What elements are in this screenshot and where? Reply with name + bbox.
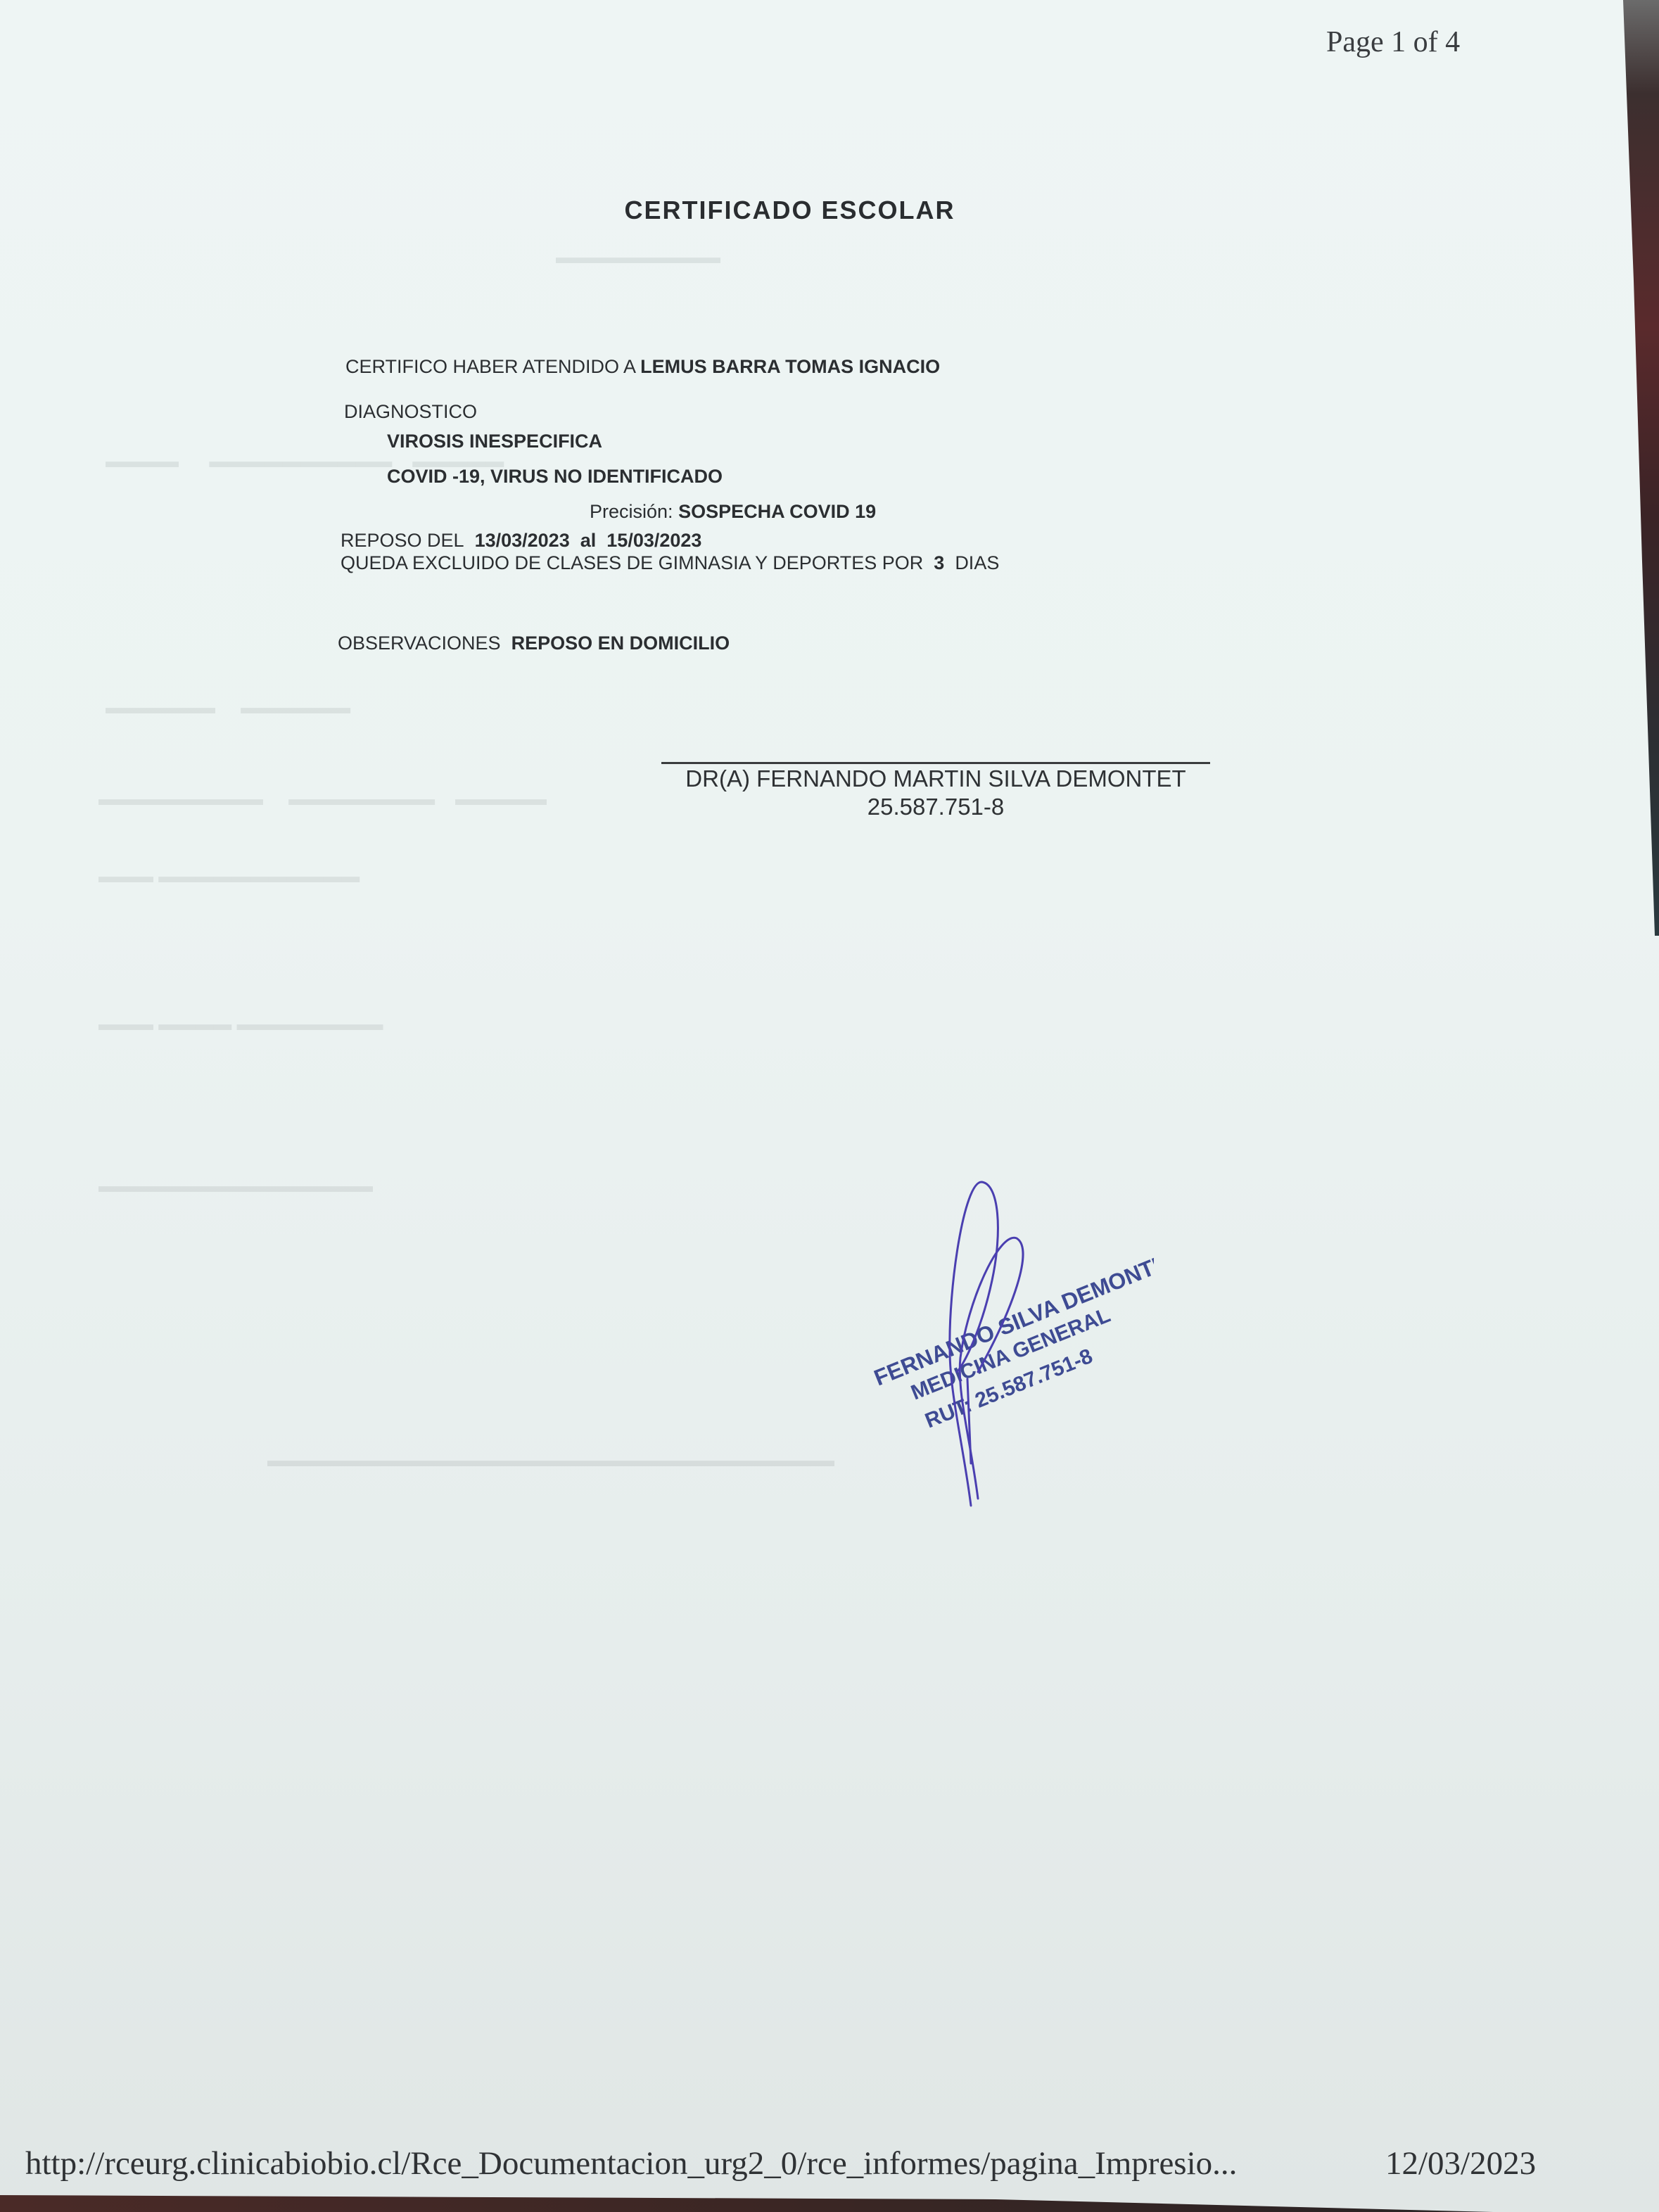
page-indicator: Page 1 of 4 — [1326, 25, 1460, 59]
exclusion-text: QUEDA EXCLUIDO DE CLASES DE GIMNASIA Y D… — [341, 552, 923, 573]
footer-print-date: 12/03/2023 — [1385, 2144, 1536, 2182]
doctor-name: DR(A) FERNANDO MARTIN SILVA DEMONTET — [661, 765, 1210, 792]
diagnosis-item: COVID -19, VIRUS NO IDENTIFICADO — [387, 466, 723, 488]
rest-from-date: 13/03/2023 — [475, 530, 570, 551]
exclusion-days: 3 — [934, 552, 944, 573]
rest-label: REPOSO DEL — [341, 530, 464, 551]
rest-to-date: 15/03/2023 — [606, 530, 701, 551]
diagnosis-item: VIROSIS INESPECIFICA — [387, 431, 602, 452]
precision-label: Precisión: — [590, 501, 673, 522]
attended-line: CERTIFICO HABER ATENDIDO A LEMUS BARRA T… — [345, 356, 940, 378]
attended-label: CERTIFICO HABER ATENDIDO A — [345, 356, 635, 377]
exclusion-unit: DIAS — [955, 552, 999, 573]
patient-name: LEMUS BARRA TOMAS IGNACIO — [640, 356, 940, 377]
doctor-stamp-and-signature: FERNANDO SILVA DEMONTET MEDICINA GENERAL… — [858, 1168, 1154, 1513]
observations-line: OBSERVACIONES REPOSO EN DOMICILIO — [338, 633, 730, 654]
stamp-line: FERNANDO SILVA DEMONTET — [870, 1244, 1154, 1390]
doctor-rut: 25.587.751-8 — [661, 794, 1210, 820]
stamp-signature-graphic: FERNANDO SILVA DEMONTET MEDICINA GENERAL… — [858, 1168, 1154, 1513]
precision-line: Precisión: SOSPECHA COVID 19 — [590, 501, 876, 523]
observations-label: OBSERVACIONES — [338, 633, 501, 654]
exclusion-line: QUEDA EXCLUIDO DE CLASES DE GIMNASIA Y D… — [341, 552, 999, 574]
printed-certificate-page — [0, 0, 1659, 2212]
signature-rule — [661, 762, 1210, 764]
rest-connector: al — [580, 530, 597, 551]
footer-url: http://rceurg.clinicabiobio.cl/Rce_Docum… — [25, 2144, 1237, 2182]
document-title: CERTIFICADO ESCOLAR — [0, 196, 1579, 225]
precision-value: SOSPECHA COVID 19 — [678, 501, 876, 522]
diagnosis-label: DIAGNOSTICO — [344, 401, 477, 423]
observations-value: REPOSO EN DOMICILIO — [511, 633, 730, 654]
rest-period-line: REPOSO DEL 13/03/2023 al 15/03/2023 — [341, 530, 701, 552]
